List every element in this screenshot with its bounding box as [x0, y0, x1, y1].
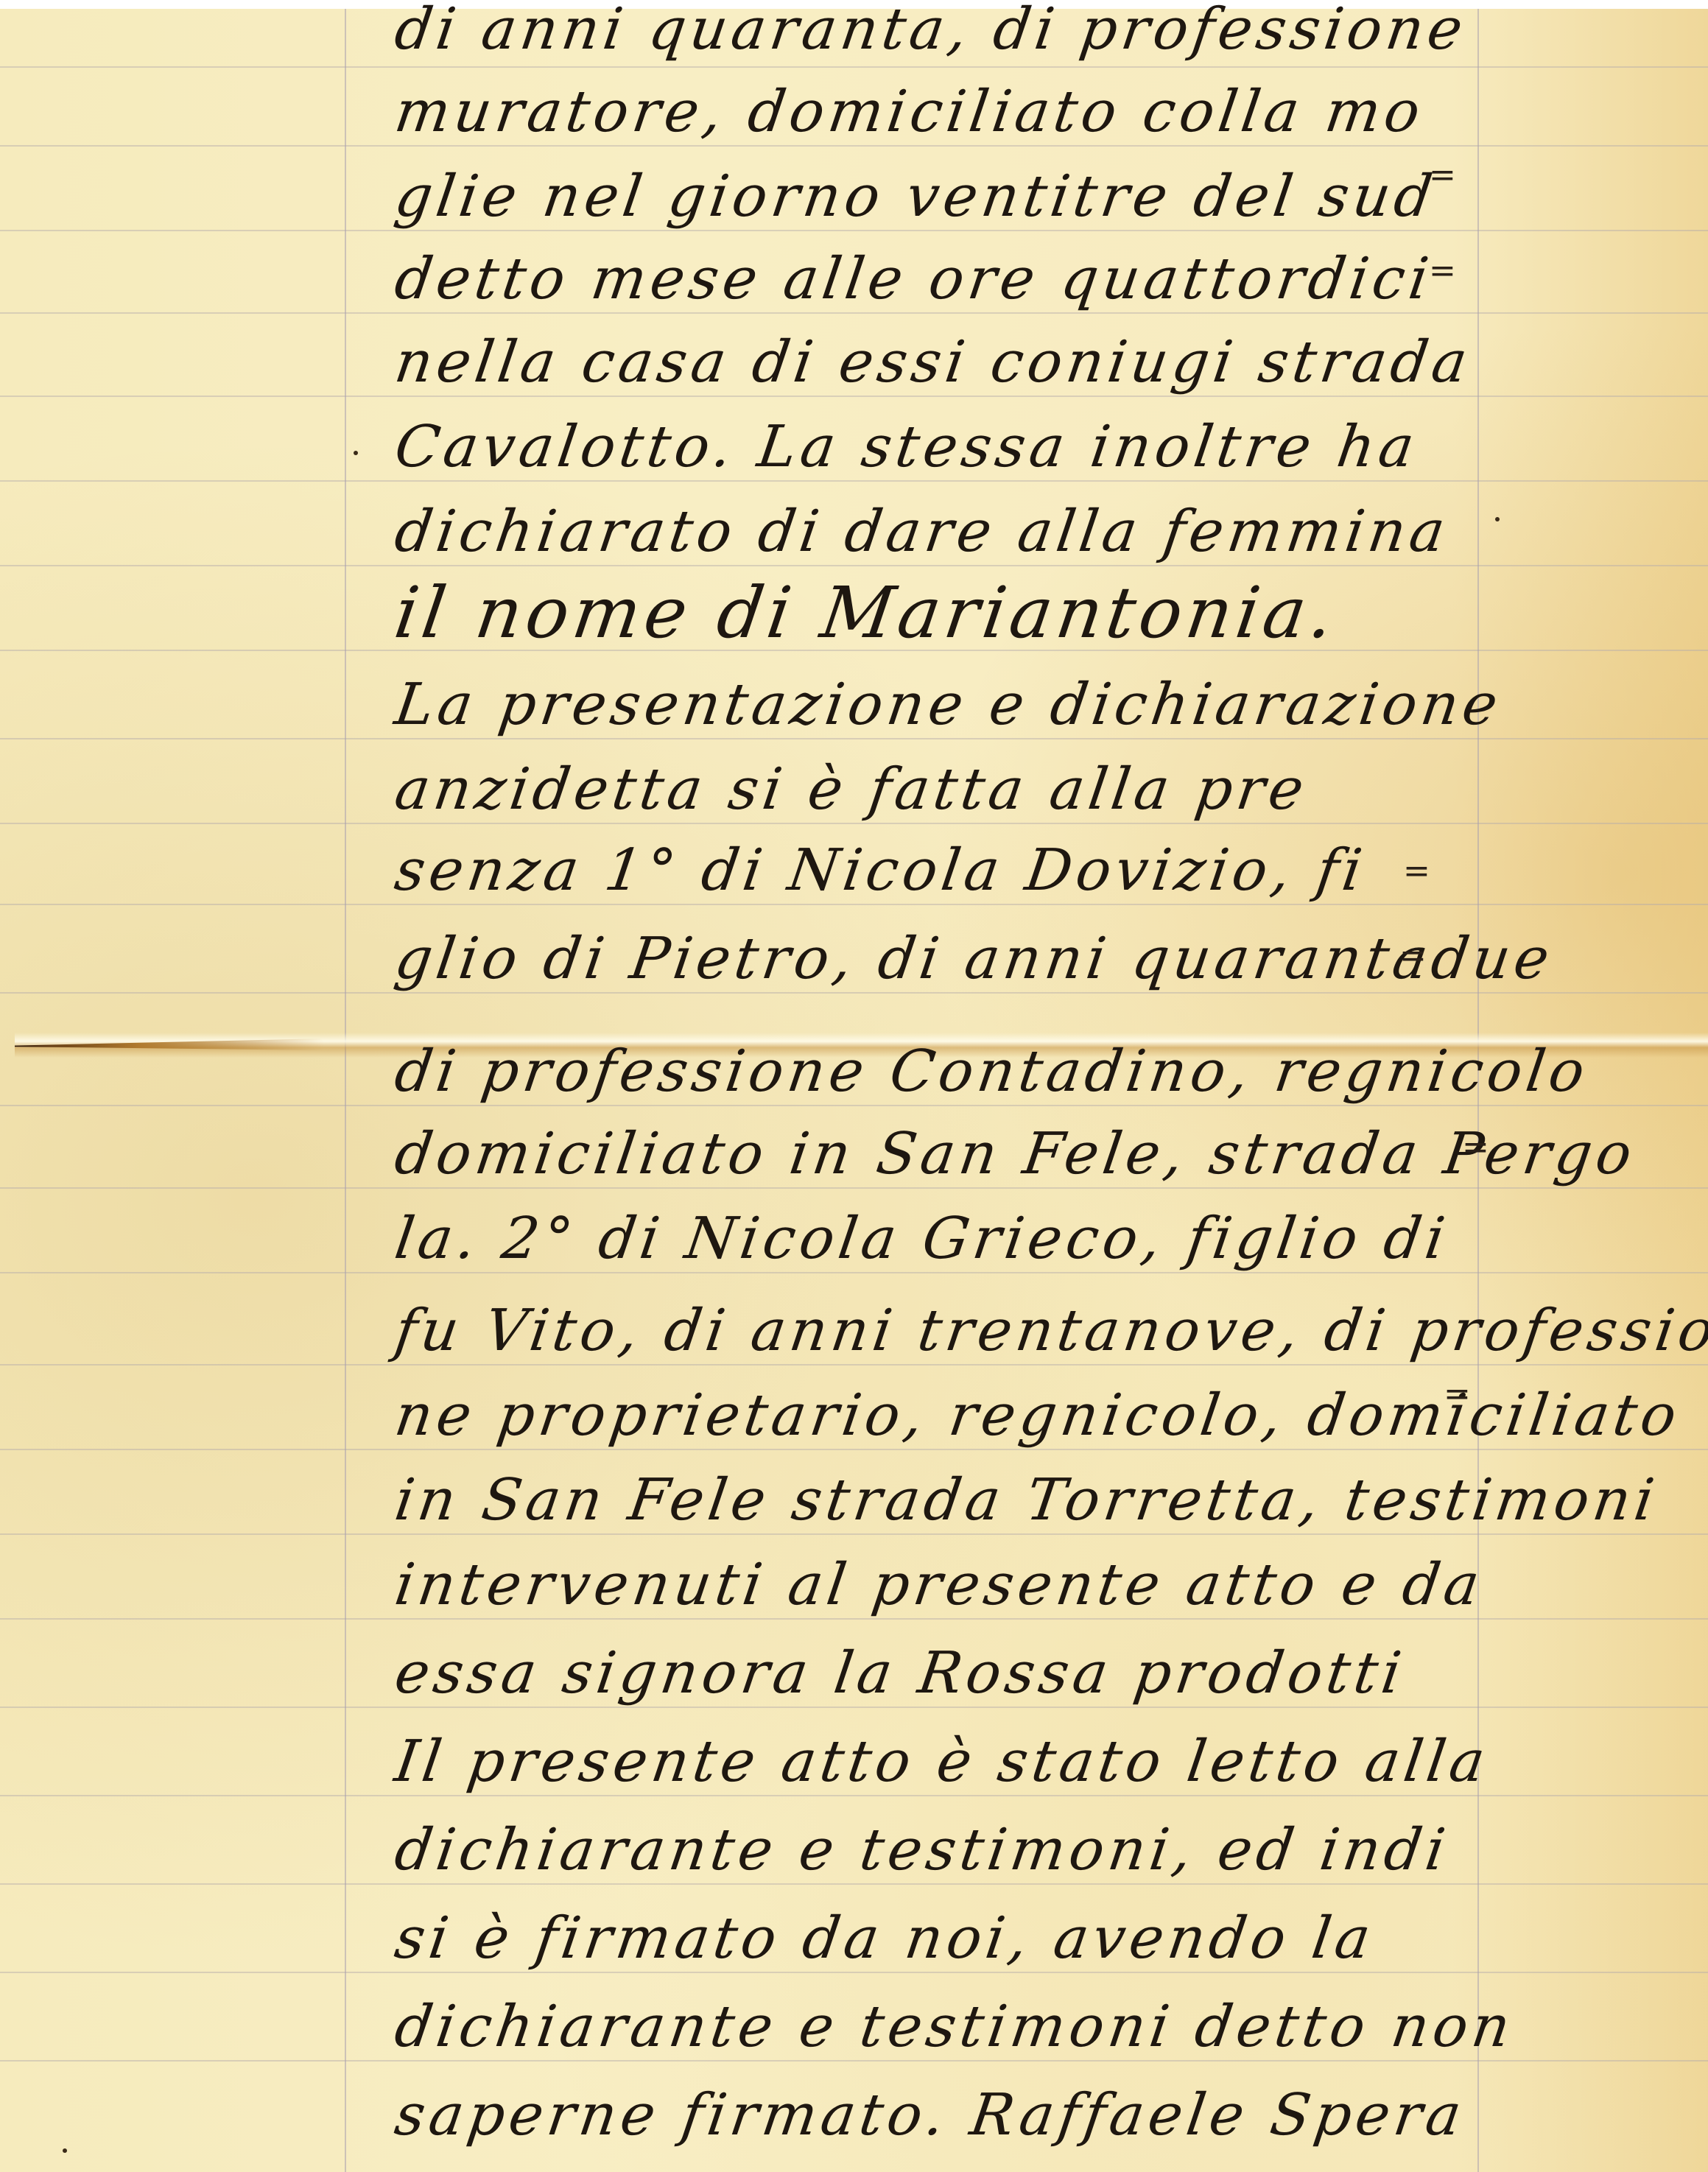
text-line-11: senza 1° di Nicola Dovizio, fi — [390, 834, 1491, 907]
ink-speck — [1495, 517, 1500, 521]
text-line-25-signature: saperne firmato. Raffaele Spera — [390, 2078, 1491, 2152]
text-line-12: glio di Pietro, di anni quarantadue — [390, 922, 1491, 996]
text-line-21: Il presente atto è stato letto alla — [390, 1725, 1491, 1799]
ruled-line — [0, 66, 1708, 68]
text-line-23: si è firmato da noi, avendo la — [390, 1902, 1491, 1975]
text-line-5: nella casa di essi coniugi strada — [390, 326, 1491, 399]
text-line-1: di anni quaranta, di professione — [390, 0, 1491, 66]
continuation-mark: = — [1399, 937, 1424, 974]
text-line-17: ne proprietario, regnicolo, domiciliato — [390, 1379, 1491, 1452]
text-line-15: la. 2° di Nicola Grieco, figlio di — [390, 1202, 1491, 1276]
left-margin-line — [345, 9, 346, 2172]
text-line-2: muratore, domiciliato colla mo — [390, 75, 1491, 149]
continuation-mark: = — [1429, 156, 1453, 194]
text-line-8-child-name: il nome di Mariantonia. — [390, 576, 1491, 650]
text-line-22: dichiarante e testimoni, ed indi — [390, 1813, 1491, 1887]
text-line-4: detto mese alle ore quattordici — [390, 242, 1491, 316]
ink-speck — [63, 2148, 67, 2153]
continuation-mark: = — [1429, 252, 1453, 289]
ink-speck — [354, 451, 358, 455]
text-line-19: intervenuti al presente atto e da — [390, 1548, 1491, 1622]
text-line-3: glie nel giorno ventitre del sud — [390, 160, 1491, 233]
text-line-10: anzidetta si è fatta alla pre — [390, 753, 1491, 826]
text-line-20: essa signora la Rossa prodotti — [390, 1637, 1491, 1710]
text-line-7: dichiarato di dare alla femmina — [390, 495, 1491, 569]
text-line-18: in San Fele strada Torretta, testimoni — [390, 1463, 1491, 1537]
text-line-13: di professione Contadino, regnicolo — [390, 1035, 1491, 1108]
text-line-14: domiciliato in San Fele, strada Pergo — [390, 1117, 1491, 1191]
continuation-mark: = — [1462, 1128, 1486, 1166]
text-line-16: fu Vito, di anni trentanove, di professi… — [390, 1294, 1491, 1368]
text-line-9: La presentazione e dichiarazione — [390, 668, 1491, 742]
text-line-24: dichiarante e testimoni detto non — [390, 1990, 1491, 2064]
continuation-mark: = — [1403, 852, 1427, 890]
document-page: di anni quaranta, di professione murator… — [0, 9, 1708, 2172]
continuation-mark: = — [1444, 1375, 1468, 1413]
text-line-6: Cavalotto. La stessa inoltre ha — [390, 410, 1491, 484]
